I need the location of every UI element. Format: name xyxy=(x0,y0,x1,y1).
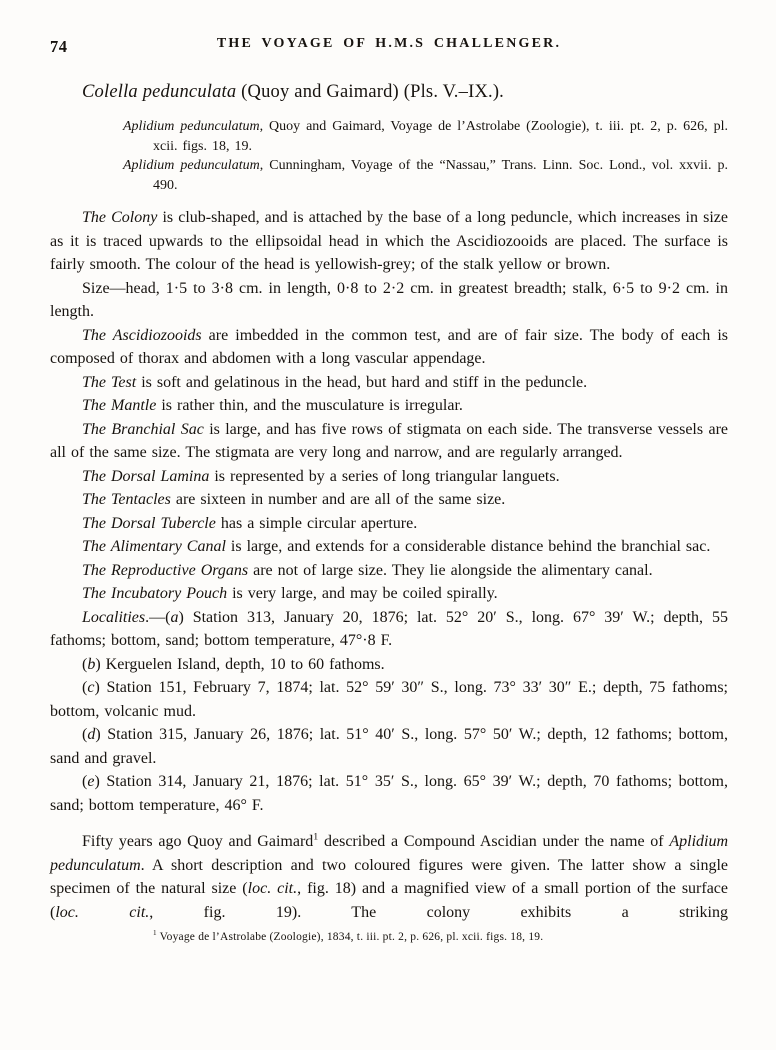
paragraph: The Reproductive Organs are not of large… xyxy=(50,559,728,583)
italic-text-run: The Reproductive Organs xyxy=(82,562,248,579)
text-run: are sixteen in number and are all of the… xyxy=(171,491,505,508)
italic-text-run: loc. cit. xyxy=(248,880,297,897)
italic-text-run: The Dorsal Tubercle xyxy=(82,515,216,532)
italic-text-run: The Incubatory Pouch xyxy=(82,585,227,602)
italic-text-run: The Ascidiozooids xyxy=(82,327,202,344)
italic-text-run: The Test xyxy=(82,374,136,391)
book-page: 74 THE VOYAGE OF H.M.S CHALLENGER. Colel… xyxy=(0,0,776,1050)
synonymy-list: Aplidium pedunculatum, Quoy and Gaimard,… xyxy=(123,117,728,195)
text-run: ) Kerguelen Island, depth, 10 to 60 fath… xyxy=(95,656,384,673)
paragraph: The Alimentary Canal is large, and exten… xyxy=(50,535,728,559)
paragraph: The Branchial Sac is large, and has five… xyxy=(50,418,728,465)
italic-text-run: The Alimentary Canal xyxy=(82,538,226,555)
paragraph: The Mantle is rather thin, and the muscu… xyxy=(50,394,728,418)
text-run: is represented by a series of long trian… xyxy=(209,468,559,485)
italic-text-run: Aplidium pedunculatum xyxy=(123,119,260,134)
text-run: is large, and extends for a considerable… xyxy=(226,538,710,555)
italic-text-run: loc. cit. xyxy=(55,904,149,921)
text-run: (Quoy and Gaimard) (Pls. V.–IX.). xyxy=(236,82,504,102)
text-run: has a simple circular aperture. xyxy=(216,515,417,532)
italic-text-run: The Tentacles xyxy=(82,491,171,508)
text-run: described a Compound Ascidian under the … xyxy=(318,833,669,850)
paragraph: Localities.—(a) Station 313, January 20,… xyxy=(50,606,728,653)
text-run: is soft and gelatinous in the head, but … xyxy=(136,374,587,391)
paragraph: The Colony is club-shaped, and is attach… xyxy=(50,206,728,277)
paragraph: The Test is soft and gelatinous in the h… xyxy=(50,371,728,395)
paragraph: The Dorsal Lamina is represented by a se… xyxy=(50,465,728,489)
paragraph: Size—head, 1·5 to 3·8 cm. in length, 0·8… xyxy=(50,277,728,324)
page-number: 74 xyxy=(50,37,68,57)
text-run: Size—head, 1·5 to 3·8 cm. in length, 0·8… xyxy=(50,280,728,321)
italic-text-run: The Mantle xyxy=(82,397,156,414)
text-run: ) Station 151, February 7, 1874; lat. 52… xyxy=(50,679,728,720)
text-run: ) Station 314, January 21, 1876; lat. 51… xyxy=(50,773,728,814)
paragraph: (c) Station 151, February 7, 1874; lat. … xyxy=(50,676,728,723)
paragraph: The Tentacles are sixteen in number and … xyxy=(50,488,728,512)
text-run: ) Station 315, January 26, 1876; lat. 51… xyxy=(50,726,728,767)
italic-text-run: The Branchial Sac xyxy=(82,421,204,438)
italic-text-run: Colella pedunculata xyxy=(82,82,236,102)
text-run: is rather thin, and the musculature is i… xyxy=(156,397,463,414)
page-header: 74 THE VOYAGE OF H.M.S CHALLENGER. xyxy=(50,36,728,58)
species-heading: Colella pedunculata (Quoy and Gaimard) (… xyxy=(82,82,728,103)
paragraph: Fifty years ago Quoy and Gaimard1 descri… xyxy=(50,830,728,924)
paragraph: The Incubatory Pouch is very large, and … xyxy=(50,582,728,606)
body-text: The Colony is club-shaped, and is attach… xyxy=(50,206,728,924)
footnote: 1 Voyage de l’Astrolabe (Zoologie), 1834… xyxy=(50,931,728,943)
text-run: Fifty years ago Quoy and Gaimard xyxy=(82,833,313,850)
text-run: Voyage de l’Astrolabe (Zoologie), 1834, … xyxy=(157,931,544,943)
synonymy-entry: Aplidium pedunculatum, Quoy and Gaimard,… xyxy=(123,117,728,156)
text-run: , fig. 19). The colony exhibits a striki… xyxy=(149,904,728,921)
text-run: .—( xyxy=(145,609,170,626)
text-run: is very large, and may be coiled spirall… xyxy=(227,585,498,602)
paragraph: (d) Station 315, January 26, 1876; lat. … xyxy=(50,723,728,770)
paragraph: The Dorsal Tubercle has a simple circula… xyxy=(50,512,728,536)
paragraph: The Ascidiozooids are imbedded in the co… xyxy=(50,324,728,371)
paragraph: (e) Station 314, January 21, 1876; lat. … xyxy=(50,770,728,817)
text-run: are not of large size. They lie alongsid… xyxy=(248,562,652,579)
running-head: THE VOYAGE OF H.M.S CHALLENGER. xyxy=(50,36,728,52)
synonymy-entry: Aplidium pedunculatum, Cunningham, Voyag… xyxy=(123,156,728,195)
paragraph: (b) Kerguelen Island, depth, 10 to 60 fa… xyxy=(50,653,728,677)
italic-text-run: Aplidium pedunculatum xyxy=(123,158,260,173)
italic-text-run: The Colony xyxy=(82,209,157,226)
italic-text-run: Localities xyxy=(82,609,145,626)
italic-text-run: The Dorsal Lamina xyxy=(82,468,209,485)
